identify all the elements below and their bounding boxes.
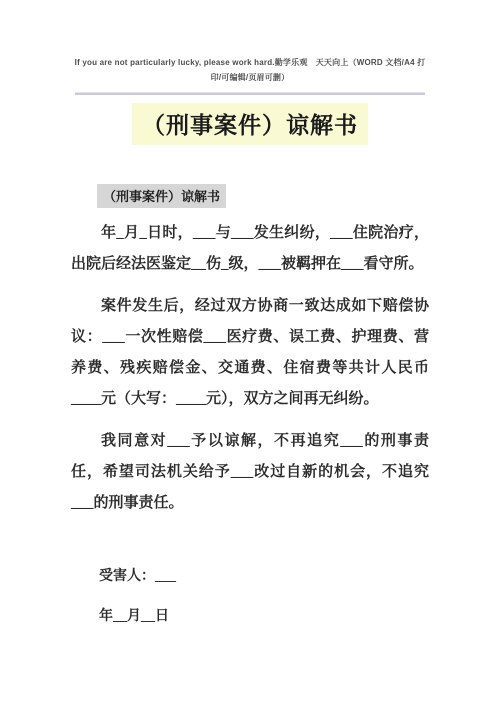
document-body: （刑事案件）谅解书 年_月_日时，___与___发生纠纷，___住院治疗，出院后… — [0, 184, 500, 625]
date-line: 年__月__日 — [99, 605, 429, 625]
signature-block: 受害人：___ 年__月__日 — [71, 565, 429, 625]
title-row: （刑事案件）谅解书 — [0, 103, 500, 145]
header-divider — [75, 92, 425, 95]
paragraph-incident: 年_月_日时，___与___发生纠纷，___住院治疗，出院后经法医鉴定__伤_级… — [71, 218, 429, 280]
document-title: （刑事案件）谅解书 — [132, 103, 368, 145]
page-header-note: If you are not particularly lucky, pleas… — [72, 56, 428, 86]
section-heading: （刑事案件）谅解书 — [97, 184, 226, 208]
paragraph-compensation: 案件发生后，经过双方协商一致达成如下赔偿协议：___一次性赔偿___医疗费、误工… — [71, 291, 429, 415]
section-heading-row: （刑事案件）谅解书 — [71, 184, 429, 208]
paragraphs: 年_月_日时，___与___发生纠纷，___住院治疗，出院后经法医鉴定__伤_级… — [71, 218, 429, 519]
paragraph-forgiveness: 我同意对___予以谅解，不再追究___的刑事责任，希望司法机关给予___改过自新… — [71, 426, 429, 519]
document-page: If you are not particularly lucky, pleas… — [0, 0, 500, 708]
victim-signature-line: 受害人：___ — [99, 565, 429, 585]
